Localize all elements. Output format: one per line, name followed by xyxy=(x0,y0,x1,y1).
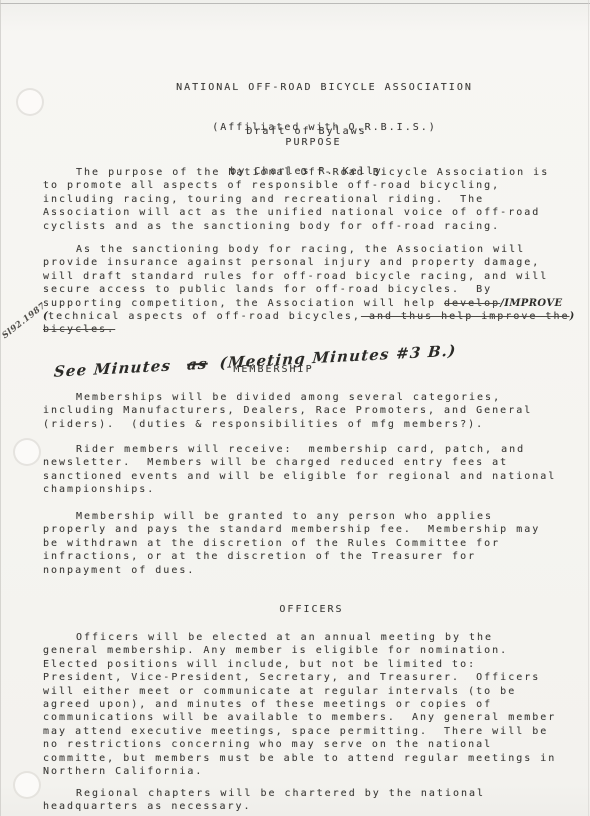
typed-line: sanctioned events and will be eligible f… xyxy=(43,470,583,483)
typed-line: Officers will be elected at an annual me… xyxy=(43,631,583,644)
handwritten-text: /IMPROVE xyxy=(500,298,562,309)
section-heading-membership: MEMBERSHIP xyxy=(15,363,532,376)
typed-text: Northern California. xyxy=(43,766,203,777)
typed-text: Elected positions will include, but not … xyxy=(43,659,476,670)
typed-line: supporting competition, the Association … xyxy=(43,297,583,310)
typed-line: Association will act as the unified nati… xyxy=(43,206,583,219)
title-line-1: NATIONAL OFF-ROAD BICYCLE ASSOCIATION xyxy=(66,81,583,94)
typed-text: properly and pays the standard membershi… xyxy=(43,524,540,535)
section-heading-purpose: PURPOSE xyxy=(55,136,572,149)
typed-text: committe, but members must be able to at… xyxy=(43,753,556,764)
typed-line: Rider members will receive: membership c… xyxy=(43,443,583,456)
typed-text: Memberships will be divided among severa… xyxy=(76,392,501,403)
typed-text: including racing, touring and recreation… xyxy=(43,194,484,205)
typed-line: Regional chapters will be chartered by t… xyxy=(43,787,583,800)
hole-punch xyxy=(13,438,41,466)
scan-edge-left xyxy=(0,0,1,816)
typed-text: secure access to public lands for off-ro… xyxy=(43,284,492,295)
hole-punch xyxy=(13,771,41,799)
typed-text: provide insurance against personal injur… xyxy=(43,257,540,268)
typed-line: (technical aspects of off-road bicycles,… xyxy=(43,310,583,323)
typed-line: general membership. Any member is eligib… xyxy=(43,644,583,657)
typed-text: will draft standard rules for off-road b… xyxy=(43,271,548,282)
typed-line: infractions, or at the discretion of the… xyxy=(43,550,583,563)
typed-text: (riders). (duties & responsibilities of … xyxy=(43,419,484,430)
typed-line: be withdrawn at the discretion of the Ru… xyxy=(43,537,583,550)
typed-line: agreed upon), and minutes of these meeti… xyxy=(43,698,583,711)
typed-line: may attend executive meetings, space per… xyxy=(43,725,583,738)
typed-line: The purpose of the National Off-Road Bic… xyxy=(43,166,583,179)
typed-line: provide insurance against personal injur… xyxy=(43,256,583,269)
handwritten-text: ) xyxy=(570,311,575,322)
typed-line: committe, but members must be able to at… xyxy=(43,752,583,765)
typed-text: communications will be available to memb… xyxy=(43,712,556,723)
typed-text: will either meet or communicate at regul… xyxy=(43,686,516,697)
typed-line: championships. xyxy=(43,483,583,496)
typed-line: properly and pays the standard membershi… xyxy=(43,523,583,536)
typed-text: agreed upon), and minutes of these meeti… xyxy=(43,699,492,710)
typed-line: Memberships will be divided among severa… xyxy=(43,391,583,404)
typed-text: Membership will be granted to any person… xyxy=(76,511,493,522)
typed-line: will draft standard rules for off-road b… xyxy=(43,270,583,283)
typed-text: The purpose of the National Off-Road Bic… xyxy=(76,167,549,178)
typed-text: including Manufacturers, Dealers, Race P… xyxy=(43,405,532,416)
typed-line: including Manufacturers, Dealers, Race P… xyxy=(43,404,583,417)
typed-text: headquarters as necessary. xyxy=(43,801,252,812)
typed-text: Association will act as the unified nati… xyxy=(43,207,540,218)
typed-line: cyclists and as the sanctioning body for… xyxy=(43,220,583,233)
typed-line: Elected positions will include, but not … xyxy=(43,658,583,671)
typed-line: communications will be available to memb… xyxy=(43,711,583,724)
document-page: NATIONAL OFF-ROAD BICYCLE ASSOCIATION (A… xyxy=(0,0,590,816)
paragraph: Officers will be elected at an annual me… xyxy=(43,631,583,778)
paragraph: Memberships will be divided among severa… xyxy=(43,391,583,431)
typed-text: championships. xyxy=(43,484,155,495)
typed-line: Membership will be granted to any person… xyxy=(43,510,583,523)
typed-text: newsletter. Members will be charged redu… xyxy=(43,457,508,468)
paragraph: As the sanctioning body for racing, the … xyxy=(43,243,583,337)
typed-line: secure access to public lands for off-ro… xyxy=(43,283,583,296)
typed-text: Regional chapters will be chartered by t… xyxy=(76,788,485,799)
typed-text: cyclists and as the sanctioning body for… xyxy=(43,221,500,232)
typed-line: will either meet or communicate at regul… xyxy=(43,685,583,698)
typed-line: As the sanctioning body for racing, the … xyxy=(43,243,583,256)
typed-text: sanctioned events and will be eligible f… xyxy=(43,471,556,482)
typed-text: be withdrawn at the discretion of the Ru… xyxy=(43,538,500,549)
typed-line: no restrictions concerning who may serve… xyxy=(43,738,583,751)
hole-punch xyxy=(16,88,44,116)
typed-line: (riders). (duties & responsibilities of … xyxy=(43,418,583,431)
paragraph: The purpose of the National Off-Road Bic… xyxy=(43,166,583,233)
struck-text: and thus help improve the xyxy=(361,311,570,322)
typed-line: Northern California. xyxy=(43,765,583,778)
typed-text: Rider members will receive: membership c… xyxy=(76,444,525,455)
handwritten-margin-scribble: Sl92.1987 xyxy=(0,301,47,341)
typed-text: Officers will be elected at an annual me… xyxy=(76,632,493,643)
typed-text: As the sanctioning body for racing, the … xyxy=(76,244,525,255)
typed-text: supporting competition, the Association … xyxy=(43,298,444,309)
paragraph: Regional chapters will be chartered by t… xyxy=(43,787,583,814)
struck-text: bicycles. xyxy=(43,324,115,335)
typed-text: may attend executive meetings, space per… xyxy=(43,726,548,737)
typed-text: no restrictions concerning who may serve… xyxy=(43,739,492,750)
typed-line: newsletter. Members will be charged redu… xyxy=(43,456,583,469)
typed-text: general membership. Any member is eligib… xyxy=(43,645,508,656)
typed-line: President, Vice-President, Secretary, an… xyxy=(43,671,583,684)
struck-text: develop xyxy=(444,298,500,309)
typed-text: technical aspects of off-road bicycles, xyxy=(48,311,361,322)
paragraph: Membership will be granted to any person… xyxy=(43,510,583,577)
typed-text: President, Vice-President, Secretary, an… xyxy=(43,672,540,683)
paragraph: Rider members will receive: membership c… xyxy=(43,443,583,497)
typed-line: headquarters as necessary. xyxy=(43,800,583,813)
scan-edge-right xyxy=(588,0,589,816)
typed-text: infractions, or at the discretion of the… xyxy=(43,551,476,562)
scan-edge-top xyxy=(0,3,590,4)
typed-text: to promote all aspects of responsible of… xyxy=(43,180,500,191)
typed-line: including racing, touring and recreation… xyxy=(43,193,583,206)
typed-line: nonpayment of dues. xyxy=(43,564,583,577)
typed-line: to promote all aspects of responsible of… xyxy=(43,179,583,192)
typed-text: nonpayment of dues. xyxy=(43,565,195,576)
section-heading-officers: OFFICERS xyxy=(53,603,570,616)
